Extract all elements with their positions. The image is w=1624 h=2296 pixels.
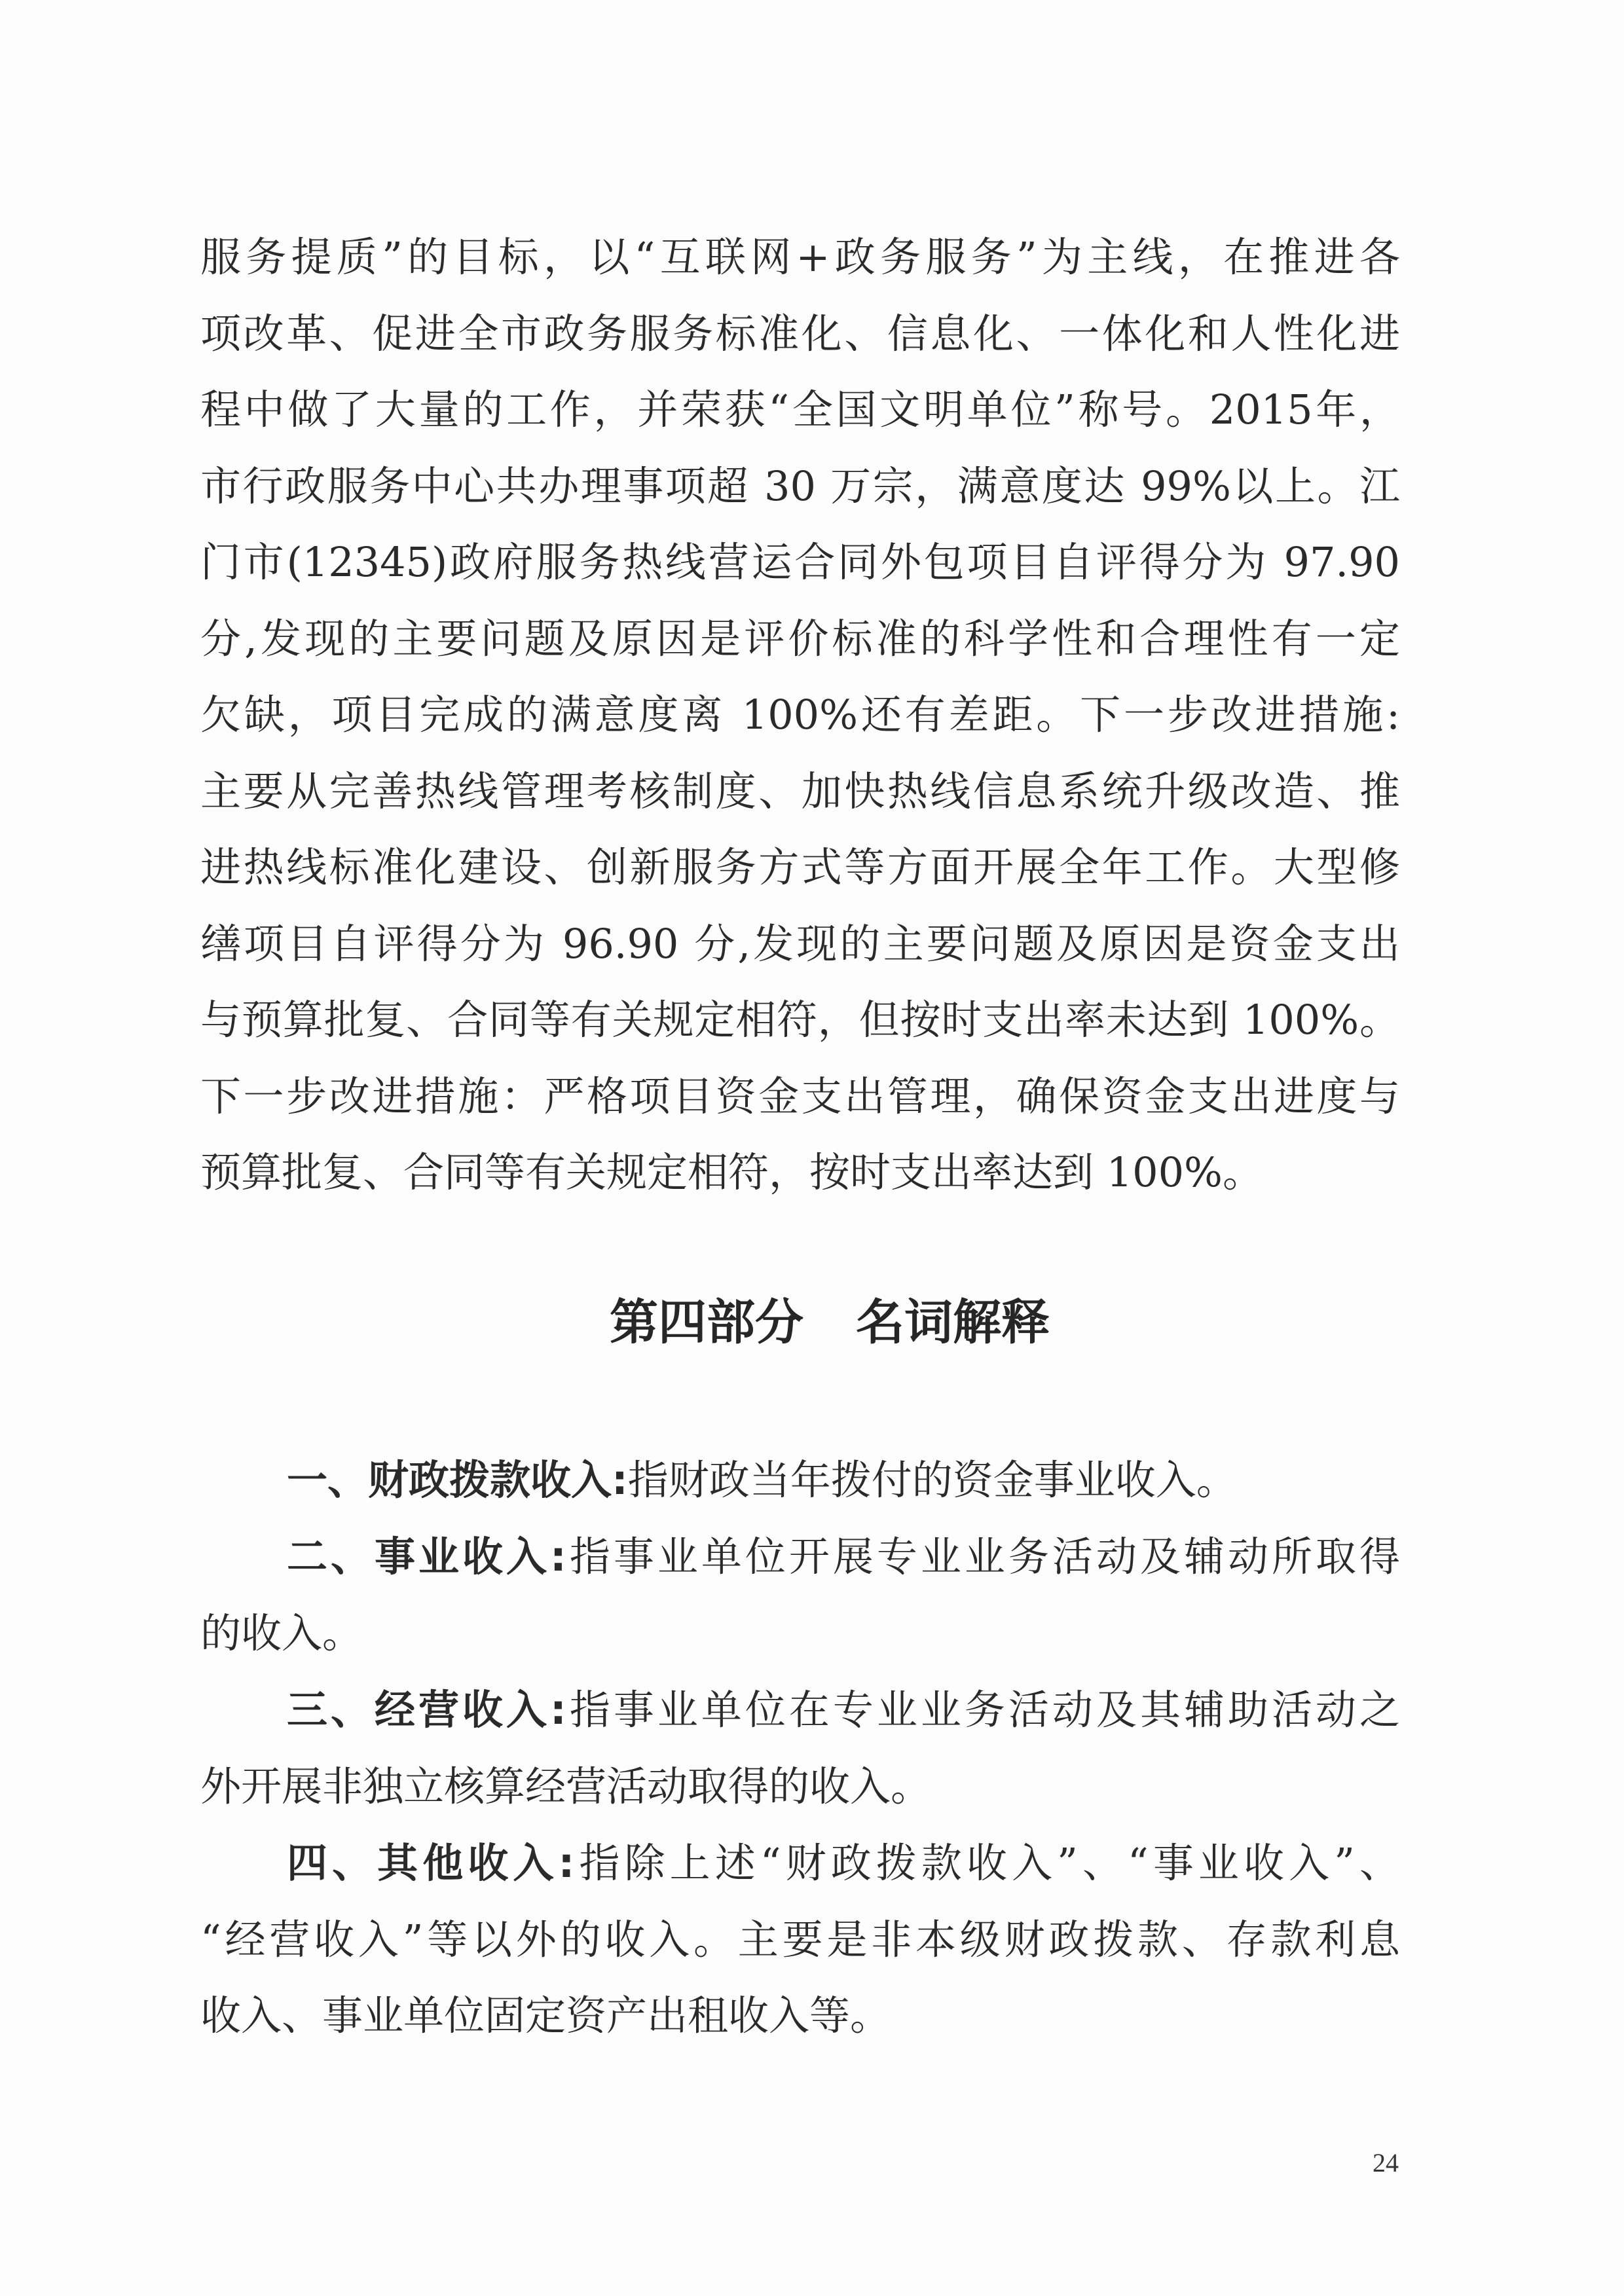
definition-term: 三、经营收入: [287, 1686, 566, 1734]
definition-continuation: 的收入。 [200, 1595, 1400, 1671]
definition-text: 指事业单位开展专业业务活动及辅动所取得 [566, 1533, 1400, 1580]
section-heading-title: 名词解释 [856, 1294, 1050, 1351]
body-line: 门市(12345)政府服务热线营运合同外包项目自评得分为 97.90 [200, 524, 1400, 600]
body-line: 与预算批复、合同等有关规定相符，但按时支出率未达到 100%。 [200, 981, 1400, 1058]
definition-item: 三、经营收入:指事业单位在专业业务活动及其辅助活动之 [287, 1671, 1400, 1748]
body-line: 进热线标准化建设、创新服务方式等方面开展全年工作。大型修 [200, 829, 1400, 905]
definition-term: 四、其他收入: [287, 1839, 574, 1887]
body-line: 程中做了大量的工作，并荣获“全国文明单位”称号。2015年， [200, 371, 1400, 448]
definition-text: 指财政当年拨付的资金事业收入。 [628, 1456, 1237, 1504]
section-heading: 第四部分名词解释 [0, 1290, 1624, 1355]
definition-text: 指事业单位在专业业务活动及其辅助活动之 [566, 1686, 1400, 1734]
body-line: 服务提质”的目标，以“互联网+政务服务”为主线，在推进各 [200, 219, 1400, 295]
body-line: 主要从完善热线管理考核制度、加快热线信息系统升级改造、推 [200, 753, 1400, 829]
definition-text: 指除上述“财政拨款收入”、“事业收入”、 [574, 1839, 1400, 1887]
definition-item: 一、财政拨款收入:指财政当年拨付的资金事业收入。 [287, 1442, 1400, 1518]
body-line: 项改革、促进全市政务服务标准化、信息化、一体化和人性化进 [200, 295, 1400, 372]
body-line: 预算批复、合同等有关规定相符，按时支出率达到 100%。 [200, 1134, 1400, 1211]
document-page: 服务提质”的目标，以“互联网+政务服务”为主线，在推进各 项改革、促进全市政务服… [0, 0, 1624, 2296]
body-line: 市行政服务中心共办理事项超 30 万宗，满意度达 99%以上。江 [200, 448, 1400, 524]
body-line: 下一步改进措施：严格项目资金支出管理，确保资金支出进度与 [200, 1058, 1400, 1135]
definition-continuation: 收入、事业单位固定资产出租收入等。 [200, 1977, 1400, 2054]
definition-continuation: 外开展非独立核算经营活动取得的收入。 [200, 1748, 1400, 1825]
definition-item: 二、事业收入:指事业单位开展专业业务活动及辅动所取得 [287, 1518, 1400, 1595]
body-line: 分,发现的主要问题及原因是评价标准的科学性和合理性有一定 [200, 600, 1400, 677]
definition-item: 四、其他收入:指除上述“财政拨款收入”、“事业收入”、 [287, 1825, 1400, 1901]
definition-continuation: “经营收入”等以外的收入。主要是非本级财政拨款、存款利息 [200, 1901, 1400, 1978]
page-number: 24 [1373, 2147, 1399, 2178]
body-line: 欠缺，项目完成的满意度离 100%还有差距。下一步改进措施: [200, 676, 1400, 753]
definition-term: 二、事业收入: [287, 1533, 566, 1580]
body-line: 缮项目自评得分为 96.90 分,发现的主要问题及原因是资金支出 [200, 905, 1400, 982]
definition-term: 一、财政拨款收入: [287, 1456, 628, 1504]
section-heading-part: 第四部分 [610, 1294, 803, 1351]
